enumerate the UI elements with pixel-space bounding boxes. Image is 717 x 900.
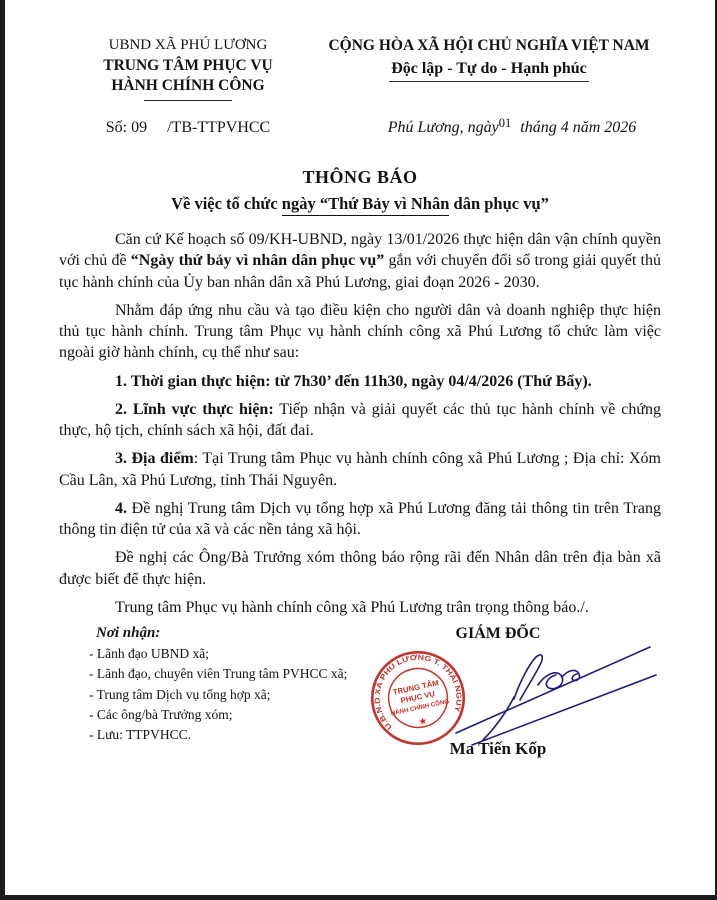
subtitle-underlined: ngày “Thứ Bảy vì Nhân — [282, 194, 450, 216]
title-block: THÔNG BÁO Về việc tổ chức ngày “Thứ Bảy … — [59, 165, 661, 215]
paragraph: 2. Lĩnh vực thực hiện: Tiếp nhận và giải… — [59, 399, 661, 442]
paragraph: Đề nghị các Ông/Bà Trưởng xóm thông báo … — [59, 547, 661, 590]
org-name-line1: TRUNG TÂM PHỤC VỤ — [59, 56, 317, 76]
place-date-line: Phú Lương, ngày01tháng 4 năm 2026 — [317, 119, 661, 137]
signer-name: Ma Tiến Kốp — [388, 739, 608, 759]
date-day-filled: 01 — [499, 116, 512, 130]
org-name-line2: HÀNH CHÍNH CÔNG — [59, 76, 317, 96]
doc-number-label: Số: 09 — [106, 119, 147, 136]
org-parent-name: UBND XÃ PHÚ LƯƠNG — [59, 36, 317, 56]
subtitle-post: dân phục vụ” — [449, 194, 549, 213]
issuing-org-block: UBND XÃ PHÚ LƯƠNG TRUNG TÂM PHỤC VỤ HÀNH… — [59, 36, 317, 101]
date-prefix: Phú Lương, ngày — [388, 119, 499, 136]
paragraph: 4. Đề nghị Trung tâm Dịch vụ tổng hợp xã… — [59, 498, 661, 541]
document-subtitle: Về việc tổ chức ngày “Thứ Bảy vì Nhân dâ… — [59, 192, 661, 215]
document-header: UBND XÃ PHÚ LƯƠNG TRUNG TÂM PHỤC VỤ HÀNH… — [59, 36, 661, 101]
document-title: THÔNG BÁO — [59, 165, 661, 190]
org-underline-rule — [144, 100, 232, 101]
national-motto-block: CỘNG HÒA XÃ HỘI CHỦ NGHĨA VIỆT NAM Độc l… — [317, 36, 661, 82]
signature-scribble — [386, 633, 678, 751]
date-suffix: tháng 4 năm 2026 — [520, 119, 636, 136]
national-motto: Độc lập - Tự do - Hạnh phúc — [389, 59, 589, 82]
subtitle-pre: Về việc tổ chức — [171, 194, 282, 213]
paragraph: Nhằm đáp ứng nhu cầu và tạo điều kiện ch… — [59, 300, 661, 364]
national-title: CỘNG HÒA XÃ HỘI CHỦ NGHĨA VIỆT NAM — [317, 36, 661, 56]
paragraph: Trung tâm Phục vụ hành chính công xã Phú… — [59, 597, 661, 618]
document-page: UBND XÃ PHÚ LƯƠNG TRUNG TÂM PHỤC VỤ HÀNH… — [0, 0, 717, 900]
doc-meta-row: Số: 09/TB-TTPVHCC Phú Lương, ngày01tháng… — [59, 119, 661, 137]
paragraph: Căn cứ Kế hoạch số 09/KH-UBND, ngày 13/0… — [59, 229, 661, 293]
paragraph: 1. Thời gian thực hiện: từ 7h30’ đến 11h… — [59, 371, 661, 392]
document-body: Căn cứ Kế hoạch số 09/KH-UBND, ngày 13/0… — [59, 229, 661, 618]
document-footer: Nơi nhận: - Lãnh đạo UBND xã;- Lãnh đạo,… — [59, 625, 661, 863]
recipients-label: Nơi nhận: — [96, 625, 426, 642]
document-number: Số: 09/TB-TTPVHCC — [59, 119, 317, 137]
paragraph: 3. Địa điểm: Tại Trung tâm Phục vụ hành … — [59, 448, 661, 491]
doc-number-suffix: /TB-TTPVHCC — [167, 119, 270, 136]
